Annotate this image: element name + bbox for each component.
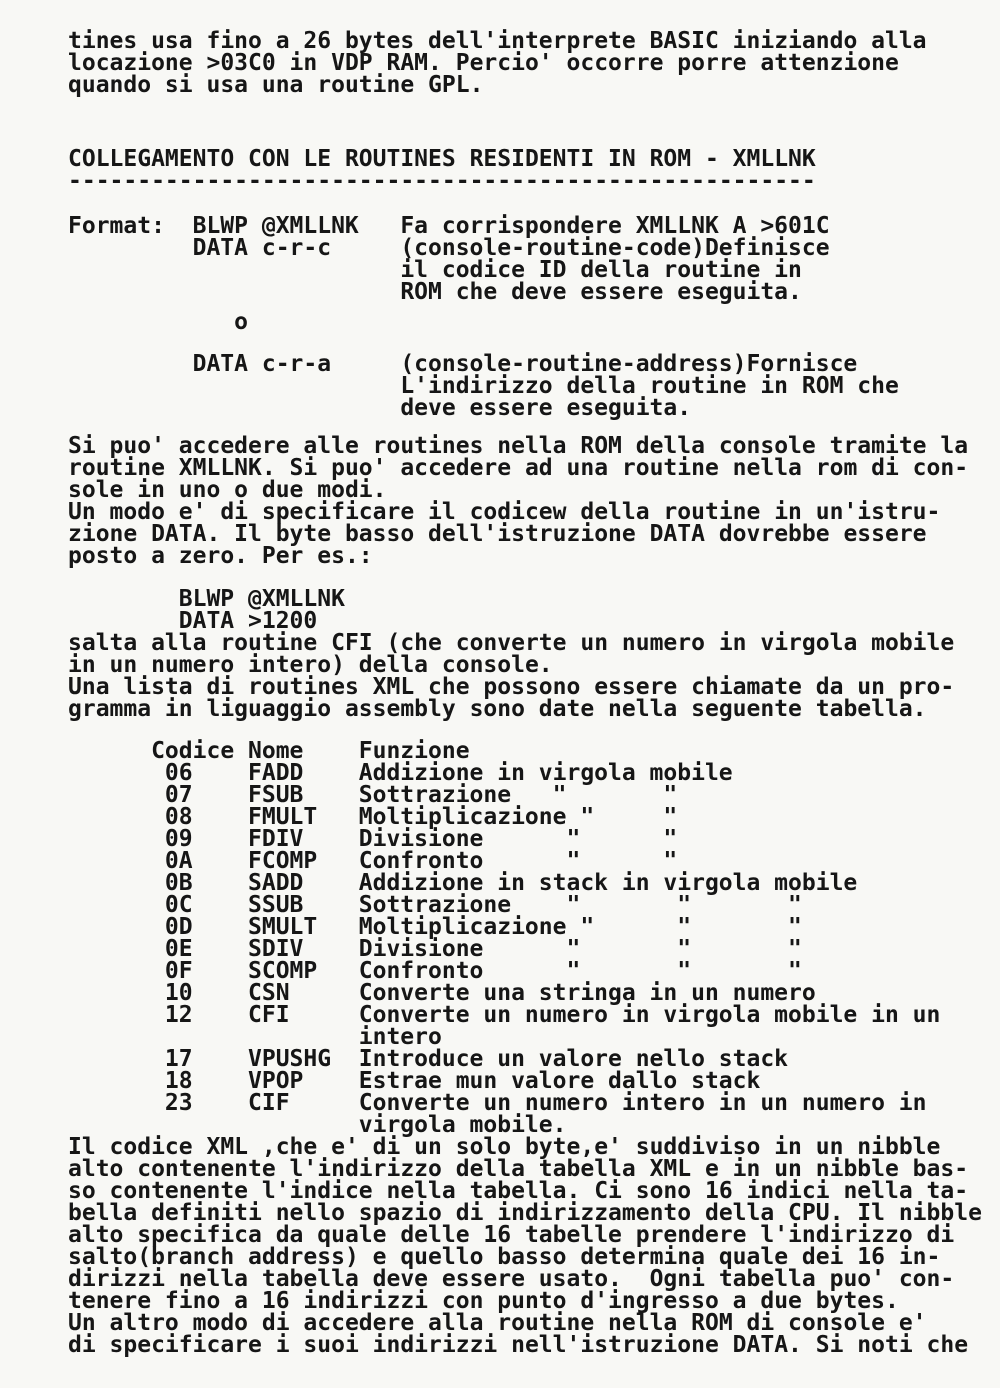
table-cell-nome: FCOMP (248, 850, 359, 872)
table-header-row: Codice Nome Funzione (68, 740, 1000, 762)
closing-paragraph: Il codice XML ,che e' di un solo byte,e'… (68, 1136, 1000, 1356)
table-cell-codice: 08 (165, 806, 248, 828)
text-line: intero (359, 1026, 941, 1048)
section-heading-underline: ----------------------------------------… (68, 170, 1000, 192)
table-cell-funzione: Moltiplicazione " " " (359, 916, 802, 938)
table-cell-codice: 06 (165, 762, 248, 784)
table-header-codice: Codice (151, 740, 248, 762)
table-cell-funzione: Divisione " " " (359, 938, 802, 960)
table-cell-funzione: Converte un numero in virgola mobile in … (359, 1004, 941, 1048)
text-line: sole in uno o due modi. (68, 479, 1000, 501)
text-line: Un modo e' di specificare il codicew del… (68, 501, 1000, 523)
table-cell-nome: SCOMP (248, 960, 359, 982)
text-line: ROM che deve essere eseguita. (400, 281, 829, 303)
text-line: Un altro modo di accedere alla routine n… (68, 1312, 1000, 1334)
text-line: Fa corrispondere XMLLNK A >601C (400, 215, 829, 237)
table-header-nome: Nome (248, 740, 359, 762)
text-line: Estrae mun valore dallo stack (359, 1070, 761, 1092)
text-line: di specificare i suoi indirizzi nell'ist… (68, 1334, 1000, 1356)
table-cell-codice: 0B (165, 872, 248, 894)
table-cell-nome: FDIV (248, 828, 359, 850)
text-line: routine XMLLNK. Si puo' accedere ad una … (68, 457, 1000, 479)
text-line: Sottrazione " " " (359, 894, 802, 916)
table-header-funzione: Funzione (359, 740, 470, 762)
table-row: 08FMULTMoltiplicazione " " (68, 806, 1000, 828)
text-line: Una lista di routines XML che possono es… (68, 676, 1000, 698)
text-line: so contenente l'indice nella tabella. Ci… (68, 1180, 1000, 1202)
format-code-data-cra: DATA c-r-a (193, 353, 401, 375)
text-line: Confronto " " (359, 850, 678, 872)
text-line: Converte un numero intero in un numero i… (359, 1092, 927, 1114)
text-line: gramma in liguaggio assembly sono date n… (68, 698, 1000, 720)
text-line: virgola mobile. (359, 1114, 927, 1136)
text-line: tines usa fino a 26 bytes dell'interpret… (68, 30, 1000, 52)
table-cell-codice: 12 (165, 1004, 248, 1026)
table-cell-nome: SMULT (248, 916, 359, 938)
table-cell-nome: VPUSHG (248, 1048, 359, 1070)
table-cell-nome: FADD (248, 762, 359, 784)
table-cell-codice: 0F (165, 960, 248, 982)
text-line: tenere fino a 16 indirizzi con punto d'i… (68, 1290, 1000, 1312)
text-line: Divisione " " (359, 828, 678, 850)
text-line: dirizzi nella tabella deve essere usato.… (68, 1268, 1000, 1290)
table-cell-codice: 09 (165, 828, 248, 850)
table-cell-nome: SDIV (248, 938, 359, 960)
text-line: Si puo' accedere alle routines nella ROM… (68, 435, 1000, 457)
text-line: alto contenente l'indirizzo della tabell… (68, 1158, 1000, 1180)
text-line: in un numero intero) della console. (68, 654, 1000, 676)
text-line: salto(branch address) e quello basso det… (68, 1246, 1000, 1268)
format-code-blwp: BLWP @XMLLNK (193, 215, 401, 237)
format-label: Format: (68, 215, 193, 237)
table-cell-nome: CIF (248, 1092, 359, 1114)
format-desc-data-cra: (console-routine-address)FornisceL'indir… (400, 353, 899, 419)
text-line: alto specifica da quale delle 16 tabelle… (68, 1224, 1000, 1246)
table-cell-funzione: Converte una stringa in un numero (359, 982, 816, 1004)
table-row: 17VPUSHGIntroduce un valore nello stack (68, 1048, 1000, 1070)
table-cell-codice: 07 (165, 784, 248, 806)
table-cell-codice: 0C (165, 894, 248, 916)
table-cell-codice: 17 (165, 1048, 248, 1070)
text-line: posto a zero. Per es.: (68, 545, 1000, 567)
text-line: Sottrazione " " (359, 784, 678, 806)
table-row: 10CSNConverte una stringa in un numero (68, 982, 1000, 1004)
table-cell-funzione: Addizione in stack in virgola mobile (359, 872, 858, 894)
scanned-document-page: tines usa fino a 26 bytes dell'interpret… (0, 0, 1000, 1388)
format-desc-blwp: Fa corrispondere XMLLNK A >601C (400, 215, 829, 237)
text-line: Addizione in stack in virgola mobile (359, 872, 858, 894)
text-line: quando si usa una routine GPL. (68, 74, 1000, 96)
text-line: locazione >03C0 in VDP RAM. Percio' occo… (68, 52, 1000, 74)
text-line: il codice ID della routine in (400, 259, 829, 281)
text-line: Confronto " " " (359, 960, 802, 982)
table-row: 0FSCOMPConfronto " " " (68, 960, 1000, 982)
table-cell-codice: 10 (165, 982, 248, 1004)
table-row: 0CSSUBSottrazione " " " (68, 894, 1000, 916)
text-line: DATA >1200 (68, 610, 1000, 632)
table-row: 0BSADDAddizione in stack in virgola mobi… (68, 872, 1000, 894)
table-cell-nome: FSUB (248, 784, 359, 806)
table-row: 06FADDAddizione in virgola mobile (68, 762, 1000, 784)
table-cell-funzione: Moltiplicazione " " (359, 806, 678, 828)
section-heading: COLLEGAMENTO CON LE ROUTINES RESIDENTI I… (68, 148, 1000, 170)
xml-routines-table: Codice Nome Funzione 06FADDAddizione in … (68, 740, 1000, 1136)
text-line: Moltiplicazione " " (359, 806, 678, 828)
text-line: Addizione in virgola mobile (359, 762, 733, 784)
table-cell-funzione: Confronto " " " (359, 960, 802, 982)
text-line: (console-routine-code)Definisce (400, 237, 829, 259)
table-cell-funzione: Sottrazione " " " (359, 894, 802, 916)
table-cell-funzione: Converte un numero intero in un numero i… (359, 1092, 927, 1136)
text-line: bella definiti nello spazio di indirizza… (68, 1202, 1000, 1224)
table-cell-nome: CFI (248, 1004, 359, 1026)
xml-table-body: 06FADDAddizione in virgola mobile07FSUBS… (68, 762, 1000, 1136)
text-line: BLWP @XMLLNK (68, 588, 1000, 610)
text-line: (console-routine-address)Fornisce (400, 353, 899, 375)
format-row-data-crc: DATA c-r-c (console-routine-code)Definis… (68, 237, 1000, 303)
text-line: Moltiplicazione " " " (359, 916, 802, 938)
code-example-lines: BLWP @XMLLNKDATA >1200 (68, 588, 1000, 632)
table-cell-funzione: Divisione " " (359, 828, 678, 850)
table-cell-nome: SSUB (248, 894, 359, 916)
table-row: 09FDIVDivisione " " (68, 828, 1000, 850)
table-cell-nome: SADD (248, 872, 359, 894)
table-cell-nome: VPOP (248, 1070, 359, 1092)
table-row: 07FSUBSottrazione " " (68, 784, 1000, 806)
intro-paragraph: tines usa fino a 26 bytes dell'interpret… (68, 30, 1000, 96)
format-or-separator: o (68, 311, 1000, 333)
table-row: 12CFIConverte un numero in virgola mobil… (68, 1004, 1000, 1048)
table-row: 23CIFConverte un numero intero in un num… (68, 1092, 1000, 1136)
table-cell-nome: FMULT (248, 806, 359, 828)
table-row: 0DSMULTMoltiplicazione " " " (68, 916, 1000, 938)
table-cell-funzione: Sottrazione " " (359, 784, 678, 806)
table-row: 18VPOPEstrae mun valore dallo stack (68, 1070, 1000, 1092)
text-line: salta alla routine CFI (che converte un … (68, 632, 1000, 654)
table-cell-funzione: Confronto " " (359, 850, 678, 872)
format-row-blwp: Format: BLWP @XMLLNK Fa corrispondere XM… (68, 215, 1000, 237)
table-cell-nome: CSN (248, 982, 359, 1004)
format-desc-data-crc: (console-routine-code)Definisceil codice… (400, 237, 829, 303)
table-cell-codice: 0E (165, 938, 248, 960)
table-cell-funzione: Introduce un valore nello stack (359, 1048, 788, 1070)
text-line: zione DATA. Il byte basso dell'istruzion… (68, 523, 1000, 545)
table-cell-codice: 0D (165, 916, 248, 938)
text-line: deve essere eseguita. (400, 397, 899, 419)
code-example-block: BLWP @XMLLNKDATA >1200 salta alla routin… (68, 588, 1000, 720)
table-row: 0ESDIVDivisione " " " (68, 938, 1000, 960)
table-row: 0AFCOMPConfronto " " (68, 850, 1000, 872)
table-cell-codice: 18 (165, 1070, 248, 1092)
text-line: Divisione " " " (359, 938, 802, 960)
format-block: Format: BLWP @XMLLNK Fa corrispondere XM… (68, 215, 1000, 419)
code-example-explanation: salta alla routine CFI (che converte un … (68, 632, 1000, 720)
format-code-data-crc: DATA c-r-c (193, 237, 401, 259)
access-modes-paragraph: Si puo' accedere alle routines nella ROM… (68, 435, 1000, 567)
format-row-data-cra: DATA c-r-a (console-routine-address)Forn… (68, 353, 1000, 419)
text-line: Il codice XML ,che e' di un solo byte,e'… (68, 1136, 1000, 1158)
table-cell-funzione: Addizione in virgola mobile (359, 762, 733, 784)
text-line: Converte un numero in virgola mobile in … (359, 1004, 941, 1026)
table-cell-codice: 0A (165, 850, 248, 872)
text-line: Introduce un valore nello stack (359, 1048, 788, 1070)
text-line: Converte una stringa in un numero (359, 982, 816, 1004)
section-heading-block: COLLEGAMENTO CON LE ROUTINES RESIDENTI I… (68, 148, 1000, 192)
table-cell-funzione: Estrae mun valore dallo stack (359, 1070, 761, 1092)
table-cell-codice: 23 (165, 1092, 248, 1114)
text-line: L'indirizzo della routine in ROM che (400, 375, 899, 397)
